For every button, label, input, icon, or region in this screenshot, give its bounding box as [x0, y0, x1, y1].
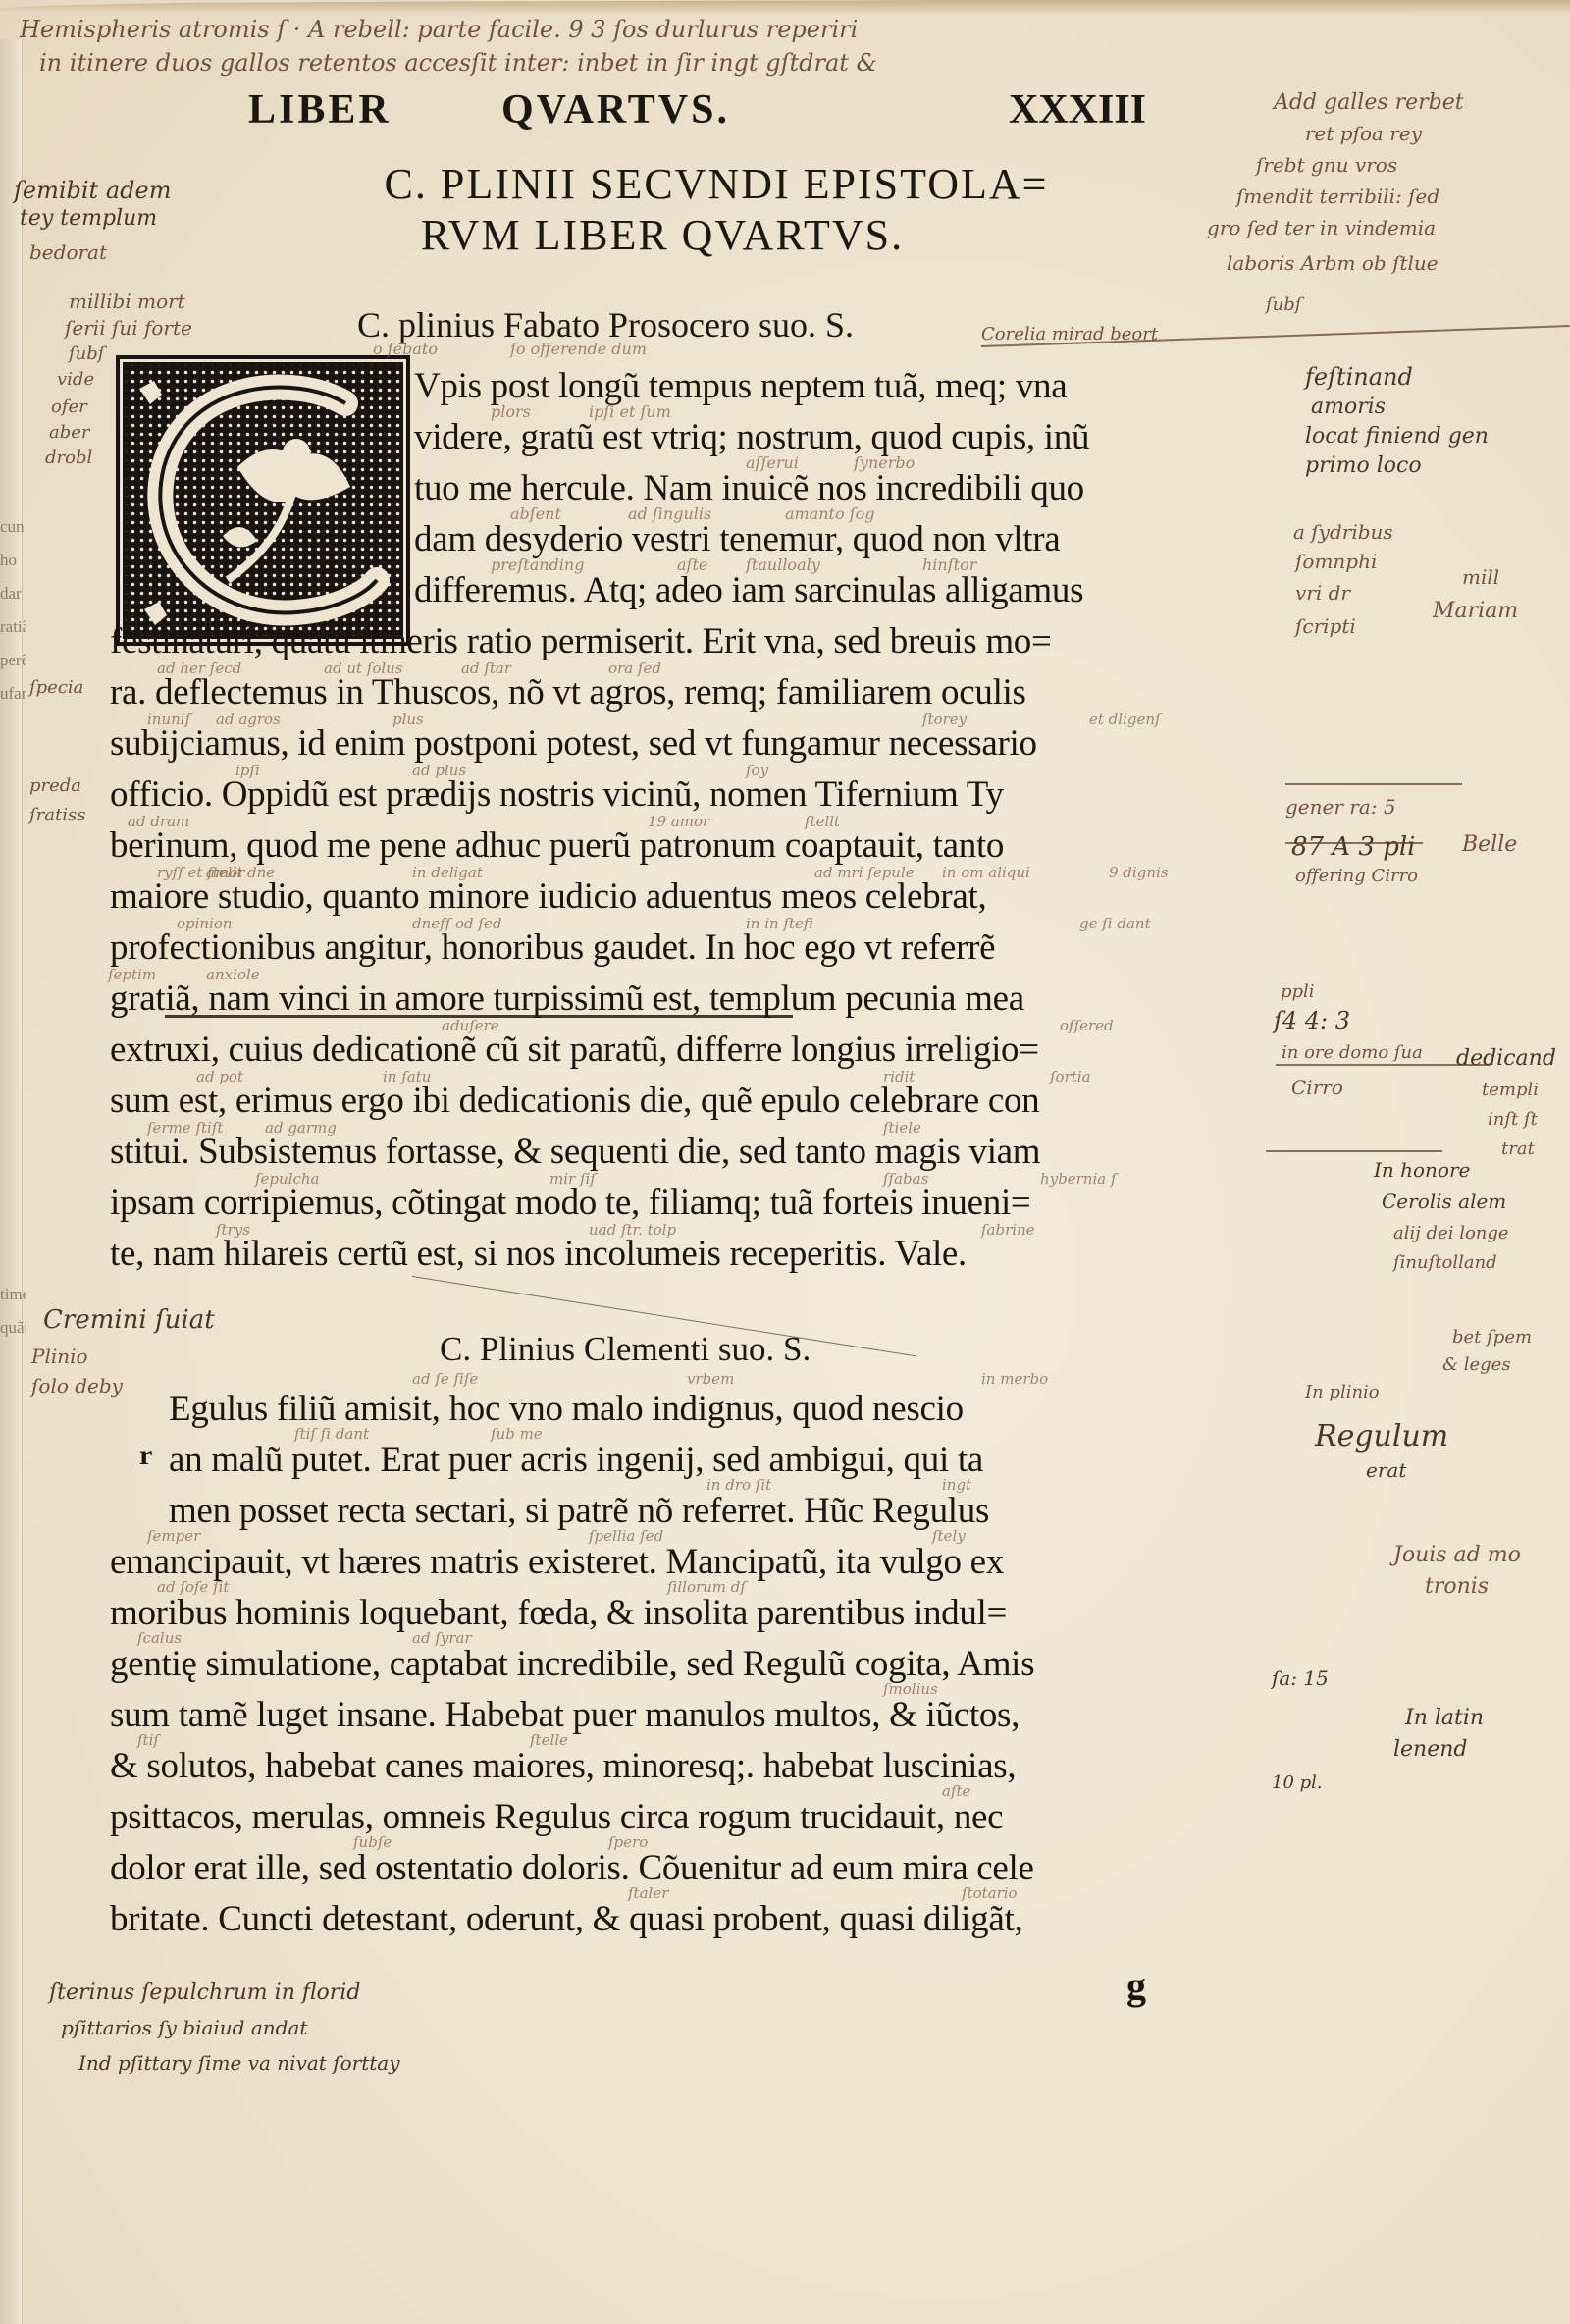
ms-gloss: abſent	[510, 504, 561, 523]
ms-gloss: plors	[491, 402, 531, 421]
ms-gloss: ſynerbo	[854, 453, 915, 472]
ms-gloss: ſubſe	[353, 1833, 392, 1851]
ms-gloss: ad garmg	[265, 1119, 337, 1136]
guide-letter-r: r	[139, 1439, 152, 1472]
ms-note-left: ſemibit adem	[14, 177, 171, 204]
letter-2-line: Egulus filiũ amisit, hoc vno malo indign…	[169, 1388, 964, 1430]
ms-note-right: lenend	[1393, 1737, 1468, 1762]
ms-note-right: In latin	[1405, 1706, 1484, 1730]
letter-2-line: emancipauit, vt hæres matris existeret. …	[110, 1541, 1004, 1583]
ms-gloss: mir ſiſ	[549, 1170, 596, 1188]
ms-note-right: erat	[1366, 1458, 1406, 1482]
ms-gloss: ſillorum dſ	[667, 1578, 746, 1596]
ms-rule-stroke	[1266, 1150, 1442, 1152]
ms-gloss: oſſered	[1060, 1017, 1114, 1034]
ms-gloss: ſeptim	[108, 966, 156, 983]
ms-gloss: in om aliqui	[942, 864, 1030, 881]
ms-note-right: gro ſed ter in vindemia	[1207, 216, 1436, 239]
ms-note-left: ſubſ	[69, 343, 104, 364]
ms-note-left: ofer	[51, 396, 87, 417]
ms-note-right: gener ra: 5	[1285, 795, 1396, 819]
letter-2-line: gentię simulatione, captabat incredibile…	[110, 1643, 1034, 1685]
ms-note-right: amoris	[1311, 395, 1386, 419]
ms-note-left: preda	[29, 775, 81, 796]
ms-note-right: bet ſpem	[1452, 1327, 1532, 1347]
ms-gloss: hybernia ſ	[1040, 1170, 1117, 1188]
letter-1-line: ipsam corripiemus, cõtingat modo te, fil…	[110, 1182, 1031, 1224]
ms-gloss: ingt	[942, 1476, 971, 1494]
ms-note-right: vri dr	[1295, 581, 1350, 605]
ms-gloss: in ſatu	[383, 1068, 431, 1085]
ms-note-bottom: pſittarios ſy biaiud andat	[61, 2016, 307, 2039]
running-head-quartus: QVARTVS.	[501, 86, 730, 133]
ms-gloss: ſtellt	[805, 813, 840, 830]
letter-1-line: maiore studio, quanto minore iudicio adu…	[110, 875, 986, 918]
letter-1-line: profectionibus angitur, honoribus gaudet…	[110, 926, 995, 969]
ms-gloss: dneſſ od ſed	[412, 915, 501, 932]
letter-1-line: Vpis post longũ tempus neptem tuã, meq; …	[414, 365, 1067, 407]
book-title-line-1: C. PLINII SECVNDI EPISTOLA=	[294, 159, 1138, 210]
ms-gloss: anxiole	[206, 966, 260, 983]
ms-note-right: dedicand	[1456, 1046, 1556, 1071]
ms-note-right: locat finiend gen	[1305, 424, 1489, 449]
ms-gloss: ſtaler	[628, 1884, 668, 1902]
ms-gloss: amor	[206, 864, 244, 881]
ms-note-right: ſa: 15	[1272, 1666, 1329, 1690]
ms-rule-stroke	[1285, 783, 1462, 785]
ms-gloss: hinſtor	[922, 555, 976, 574]
ms-gloss: 19 amor	[648, 813, 709, 830]
ms-gloss: ipſi et ſum	[589, 402, 671, 421]
ms-gloss: ad ſingulis	[628, 504, 711, 523]
ms-note-right: Regulum	[1315, 1419, 1448, 1453]
letter-1-line: festinaturi, quatũ itineris ratio permis…	[110, 620, 1052, 662]
ms-note-right: in ore domo ſua	[1282, 1042, 1423, 1063]
ms-gloss: aſſerui	[746, 453, 799, 472]
ms-gloss: 9 dignis	[1109, 864, 1168, 881]
ms-gloss: uad ſtr. tolp	[589, 1221, 676, 1239]
ms-note-top: Hemispheris atromis ſ · A rebell: parte …	[20, 16, 858, 43]
ms-gloss: vrbem	[687, 1370, 734, 1388]
ms-gloss: ſſabas	[883, 1170, 928, 1188]
ms-gloss: in dro ſit	[706, 1476, 771, 1494]
ms-gloss: plus	[392, 711, 424, 728]
ms-gloss: in merbo	[981, 1370, 1048, 1388]
letter-1-line: dam desyderio vestri tenemur, quod non v…	[414, 518, 1060, 560]
letter-1-line: ra. deflectemus in Thuscos, nõ vt agros,…	[110, 671, 1026, 713]
letter-1-line: te, nam hilareis certũ est, si nos incol…	[110, 1233, 967, 1275]
decorative-initial-icon	[120, 359, 406, 642]
ms-note-right: trat	[1501, 1138, 1535, 1159]
ms-rule-stroke	[1276, 1064, 1491, 1066]
ms-note-right: ret pſoa rey	[1305, 122, 1422, 145]
letter-1-line: subijciamus, id enim postponi potest, se…	[110, 722, 1037, 765]
ms-note-right: primo loco	[1305, 453, 1422, 478]
ms-gloss: ſcalus	[137, 1629, 182, 1647]
ms-gloss: ſmolius	[883, 1680, 938, 1698]
ms-note-bottom: Ind pſittary ſime va nivat ſorttay	[78, 2051, 400, 2075]
letter-1-line: gratiã, nam vinci in amore turpissimũ es…	[110, 977, 1024, 1020]
ms-note-right: ſ4 4: 3	[1274, 1007, 1350, 1034]
ms-note-right: alij dei longe	[1393, 1223, 1509, 1243]
ms-note-left: ſpecia	[29, 677, 83, 698]
letter-2-line: psittacos, merulas, omneis Regulus circa…	[110, 1796, 1003, 1838]
ms-gloss: amanto ſog	[785, 504, 875, 523]
ms-gloss: ad ſyrar	[412, 1629, 472, 1647]
ms-gloss: ſabrine	[981, 1221, 1035, 1239]
letter-2-line: an malũ putet. Erat puer acris ingenij, …	[169, 1439, 983, 1481]
ms-note-left: bedorat	[29, 240, 107, 264]
ms-note-right: a ſydribus	[1293, 520, 1393, 544]
book-title-line-2: RVM LIBER QVARTVS.	[294, 210, 1138, 261]
ms-note-right: In honore	[1374, 1158, 1470, 1182]
ms-note-right: Add galles rerbet	[1274, 90, 1464, 115]
letter-1-line: extruxi, cuius dedicationẽ cũ sit paratũ…	[110, 1029, 1039, 1071]
ms-note-left: ſratiss	[29, 805, 85, 825]
ms-gloss: ſtotario	[962, 1884, 1018, 1902]
ms-gloss: ſepulcha	[255, 1170, 320, 1188]
letter-2-line: men posset recta sectari, si patrẽ nõ re…	[169, 1490, 989, 1532]
ms-gloss: aſte	[677, 555, 707, 574]
letter-2-line: dolor erat ille, sed ostentatio doloris.…	[110, 1847, 1034, 1889]
ms-gloss: ſtaulloaly	[746, 555, 820, 574]
ms-gloss: preſtanding	[491, 555, 584, 574]
ms-gloss: ſpero	[608, 1833, 648, 1851]
ms-gloss: ad plus	[412, 762, 466, 779]
ms-note-right: inſt ſt	[1488, 1109, 1538, 1130]
ms-note-right: 87 A 3 pli	[1291, 832, 1415, 862]
ms-gloss: ad ſe ſiſe	[412, 1370, 478, 1388]
letter-1-line: stitui. Subsistemus fortasse, & sequenti…	[110, 1131, 1040, 1173]
signature-mark: g	[1126, 1963, 1146, 2009]
ms-note-left: ſerii ſui forte	[65, 316, 192, 340]
ms-gloss: ſpellia ſed	[589, 1527, 663, 1545]
book-page: cunhodarratiãperẽufam timequãu LIBER QVA…	[0, 0, 1570, 2324]
ms-note-right: ſcripti	[1295, 614, 1356, 638]
ms-note-right: ſmendit terribili: ſed	[1236, 185, 1439, 208]
ms-gloss: ſtiele	[883, 1119, 921, 1136]
ms-note-right: ſubſ	[1266, 294, 1301, 315]
ms-note-bottom: ſterinus ſepulchrum in florid	[49, 1981, 360, 2005]
ms-note-left: aber	[49, 422, 90, 443]
letter-2-line: moribus hominis loquebant, fœda, & insol…	[110, 1592, 1007, 1634]
ms-note-right: Belle	[1462, 832, 1517, 857]
ms-note-right: & leges	[1442, 1354, 1511, 1375]
ms-note-left: ſolo deby	[31, 1374, 123, 1398]
ms-note-right: tronis	[1425, 1574, 1489, 1599]
ms-gloss: ſtely	[932, 1527, 966, 1545]
ms-note-left: tey templum	[20, 206, 157, 231]
ms-gloss: ad agros	[216, 711, 281, 728]
ms-note-right: Cerolis alem	[1382, 1189, 1506, 1213]
letter-1-line: tuo me hercule. Nam inuicẽ nos incredibi…	[414, 467, 1084, 509]
ms-gloss: ſtiſ	[137, 1731, 159, 1749]
letter-1-line: berinum, quod me pene adhuc puerũ patron…	[110, 824, 1004, 867]
ms-gloss: ſtelle	[530, 1731, 568, 1749]
ms-note-right: ſinuſtolland	[1393, 1252, 1497, 1273]
running-head: LIBER QVARTVS. XXXIII	[248, 86, 1190, 135]
ms-note-right: Cirro	[1291, 1076, 1343, 1099]
letter-1-line: officio. Oppidũ est prædijs nostris vici…	[110, 773, 1004, 816]
letter-2-line: britate. Cuncti detestant, oderunt, & qu…	[110, 1898, 1022, 1940]
woodcut-initial-c	[116, 355, 410, 646]
ms-gloss: ſortia	[1050, 1068, 1091, 1085]
ms-note-right: ppli	[1281, 981, 1315, 1002]
letter-1-line: videre, gratũ est vtriq; nostrum, quod c…	[414, 416, 1089, 458]
ms-note-right: templi	[1482, 1080, 1539, 1100]
ms-gloss: ad mri ſepule	[814, 864, 915, 881]
ms-note-right: ſomnphi	[1295, 550, 1377, 573]
ms-gloss: in deligat	[412, 864, 483, 881]
ms-gloss: o ſebato	[373, 340, 438, 358]
ms-note-left: millibi mort	[69, 290, 185, 313]
ms-note-right: laboris Arbm ob ſtlue	[1227, 251, 1439, 275]
ms-note-right: feſtinand	[1305, 363, 1413, 391]
ms-gloss: aduſere	[442, 1017, 499, 1034]
letter-2-line: sum tamẽ luget insane. Habebat puer manu…	[110, 1694, 1020, 1736]
ms-gloss: ad pot	[196, 1068, 243, 1085]
ms-gloss: in in ſtefi	[746, 915, 813, 932]
running-head-liber: LIBER	[248, 86, 392, 133]
ms-note-right: offering Cirro	[1295, 866, 1418, 886]
ms-gloss: ſerme ſtiſt	[147, 1119, 223, 1136]
ms-gloss: ſtrys	[216, 1221, 250, 1239]
ms-gloss: ad ut ſolus	[324, 660, 403, 677]
ms-gloss: ad her ſecd	[157, 660, 241, 677]
ms-gloss: ipſi	[235, 762, 260, 779]
ms-gloss: ſtorey	[922, 711, 967, 728]
ms-gloss: ridit	[883, 1068, 915, 1085]
ms-note-left: Plinio	[31, 1345, 88, 1368]
ms-gloss: ſo offerende dum	[510, 340, 647, 358]
ms-note-right: ſrebt gnu vros	[1256, 153, 1397, 177]
ms-gloss: opinion	[177, 915, 233, 932]
letter-1-line: sum est, erimus ergo ibi dedicationis di…	[110, 1080, 1039, 1122]
ms-gloss: ora ſed	[608, 660, 661, 677]
ms-note-top: in itinere duos gallos retentos accesſit…	[39, 49, 877, 77]
ms-gloss: ſtiſ ſi dant	[294, 1425, 369, 1443]
ms-gloss: et dligenſ	[1089, 711, 1161, 728]
ms-rule-stroke	[1285, 842, 1423, 844]
ms-note-left: Cremini ſuiat	[43, 1305, 215, 1335]
ms-note-right: 10 pl.	[1272, 1772, 1323, 1793]
ms-gloss: ad ſoſe ſit	[157, 1578, 229, 1596]
ms-gloss: ge ſi dant	[1079, 915, 1151, 932]
ms-note-right: In plinio	[1305, 1382, 1380, 1402]
torn-top-edge	[0, 0, 1570, 14]
letter-2-line: & solutos, habebat canes maiores, minore…	[110, 1745, 1016, 1787]
ms-gloss: aſte	[942, 1782, 970, 1800]
ms-gloss: ſemper	[147, 1527, 200, 1545]
ms-note-right: mill	[1462, 565, 1499, 589]
book-title: C. PLINII SECVNDI EPISTOLA= RVM LIBER QV…	[294, 159, 1138, 261]
ms-note-right: Jouis ad mo	[1393, 1543, 1521, 1567]
ms-gloss: ad ſtar	[461, 660, 511, 677]
ms-gloss: ad dram	[128, 813, 189, 830]
facing-page-text-fragments: cunhodarratiãperẽufam timequãu	[0, 510, 26, 1345]
ms-gloss: ſoy	[746, 762, 768, 779]
letter-2-heading: C. Plinius Clementi suo. S.	[440, 1330, 811, 1369]
folio-number: XXXIII	[1009, 86, 1146, 133]
ms-note-left: vide	[57, 369, 94, 390]
ms-gloss: ſub me	[491, 1425, 543, 1443]
ms-note-left: drobl	[45, 448, 92, 468]
ms-note-right: Mariam	[1433, 599, 1518, 623]
ms-gloss: inuniſ	[147, 711, 190, 728]
letter-1-line: differemus. Atq; adeo iam sarcinulas all…	[414, 569, 1083, 611]
